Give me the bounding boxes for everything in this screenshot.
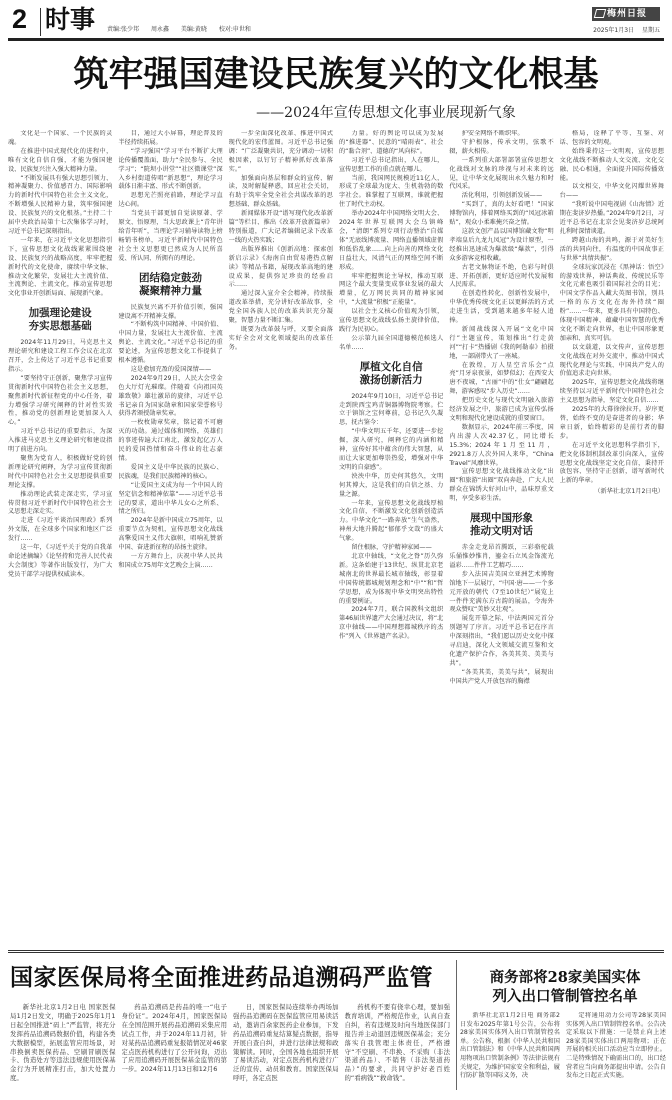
section-rule <box>8 950 664 951</box>
paragraph: 步入法国吉美国立亚洲艺术博物馆地下一层展厅，“中国·唐——一个多元开放的朝代（7… <box>449 571 553 616</box>
paragraph: 定将通用动力公司等28家美国实体列入出口管制管控名单。公告决定采取以下措施：一是… <box>566 1012 666 1081</box>
date: 2025年1月3日 <box>593 27 634 34</box>
credit-art-editor: 美编:黄晓 <box>181 26 207 33</box>
paragraph: 习近平总书记指出，人在哪儿，宣传思想工作的重点就在哪儿。 <box>339 157 443 175</box>
paragraph: 守护根脉，传承文明，弦歌不辍，薪火相传。 <box>449 139 553 157</box>
article-column: 日，国家医保局连续举办两场加强药品追溯码在医保监管应用易读活动，邀请百余家医药企… <box>233 1003 339 1095</box>
paragraph: “不断构筑中国精神、中国价值、中国力量，发展壮大主流价值、主流舆论、主流文化。”… <box>118 321 222 366</box>
paragraph: 在推进中国式现代化的进程中，唯有文化自信自强，才能为强国建设、民族复兴注入强大精… <box>8 148 112 175</box>
masthead-divider <box>40 8 41 36</box>
story3-headline: 商务部将28家美国实体列入出口管制管控名单 <box>460 968 670 1006</box>
paragraph: 把历史文化与现代文明融入旅游经济发展之中，旅游已成为宣传弘扬文明和现代化建设成就… <box>449 397 553 424</box>
logo-mark-icon <box>594 9 606 18</box>
section-subheading: 团结稳定鼓劲凝聚精神力量 <box>118 272 222 298</box>
article-column: 药机构不要有侥幸心理，要加强教育培训，严格规范作业，认真自查自纠，若有违规及时向… <box>345 1003 451 1095</box>
paragraph: 2025年，宣传思想文化战线将继续坚持以习近平新时代中国特色社会主义思想为指导，… <box>560 379 664 406</box>
paragraph: 在习近平文化思想科学指引下，把文化体制机制改革引向深入，宣传思想文化战线坚定文化… <box>560 442 664 487</box>
article-column: 文化是一个国家、一个民族的灵魂。在推进中国式现代化的进程中，唯有文化自信自强，才… <box>8 130 112 945</box>
paragraph: 日，国家医保局连续举办两场加强药品追溯码在医保监管应用易读活动，邀请百余家医药企… <box>233 1003 339 1083</box>
paragraph: 数据显示，2024年前三季度，国内出游人次42.37亿，同比增长15.3%；20… <box>449 424 553 469</box>
paragraph: “买到了，真的太好看吧！”国家博物馆内，排着网络买到的“凤冠冰箱贴”，观众小柔难… <box>449 201 553 228</box>
header-rule <box>8 38 664 41</box>
page-number: 2 <box>12 6 27 33</box>
paragraph: 文化是一个国家、一个民族的灵魂。 <box>8 130 112 148</box>
paragraph: 留住根脉，守护精神家园—— <box>339 544 443 553</box>
main-subheadline: ——2024年宣传思想文化事业展现新气象 <box>0 104 672 122</box>
paragraph: 一年来，在习近平文化思想指引下，宣传思想文化战线紧紧围绕建设、民族复兴的战略高度… <box>8 237 112 299</box>
paragraph: 2025年的大幕徐徐拉开。岁序更替，始终不变的是奋进者的身影；华章日新，始终精彩… <box>560 406 664 442</box>
paragraph: 药品追溯码是药品的唯一“电子身份证”。2024年4月，国家医保局在全国范围开展药… <box>122 1003 228 1074</box>
paragraph: 始终秉持这一文明观，宣传思想文化战线不断推动人文交流、文化交融、民心相通，全面提… <box>560 148 664 184</box>
paragraph: 新闻战线深入开展“文化中国行”主题宣传，策划推出“行走黄河”“打卡”热播剧《我的… <box>449 326 553 362</box>
paragraph: 新闻媒体开设“谱写现代化改革新篇”等栏目、推出《改革开放新篇章》特别报道，广大记… <box>229 210 333 246</box>
story2-body: 新华社北京1月2日电 国家医保局1月2日发文，明确于2025年1月1日起全国推进… <box>10 1003 450 1095</box>
paragraph: 以社会主义核心价值观为引领，宣传思想文化战线弘扬主旋律价值，践行为民初心。 <box>339 308 443 335</box>
paragraph: 2024年11月29日，马克思主义理论研究和建设工程工作会议在北京召开，会上传达… <box>8 339 112 375</box>
paragraph: 出版界推出《创新高地：探索创新启示录》《海南自由贸易港热点解读》等精品书籍，展现… <box>229 246 333 291</box>
paragraph: 以文载道，以文传声，宣传思想文化战线在对外交流中，推动中国式现代化理论与实践、中… <box>560 344 664 380</box>
paragraph: 泱泱中华，历史何其悠久，文明何其博大，这是我们的自信之基、力量之源。 <box>339 473 443 500</box>
article-column: 新华社北京1月2日电 国家医保局1月2日发文，明确于2025年1月1日起全国推进… <box>10 1003 116 1095</box>
article-column: 新华社北京1月2日电 商务部2日发布2025年第1号公告，公布将28家美国实体列… <box>460 1012 560 1097</box>
newspaper-logo: 梅州日报 <box>592 7 660 21</box>
paragraph: 这是愈加充盈的爱国深情—— <box>118 366 222 375</box>
section-subheading: 展现中国形象推动文明对话 <box>449 512 553 538</box>
section-subheading: 厚植文化自信激扬创新活力 <box>339 361 443 387</box>
paragraph: “中华文明五千年，还要进一步挖掘，深入研究，阐释它的内涵和精神，宣传好其中蕴含的… <box>339 428 443 473</box>
main-headline: 筑牢强国建设民族复兴的文化根基 <box>0 55 672 95</box>
paragraph: 力量。好的舆论可以成为发展的“推进器”、民意的“晴雨表”、社会的“黏合剂”、道德… <box>339 130 443 157</box>
credit-proofreader: 校对:申世和 <box>219 26 251 33</box>
paragraph: 民族复兴离不开价值引领，强国建设离不开精神支撑。 <box>118 304 222 322</box>
issue-date: 2025年1月3日 星期五 <box>587 25 660 34</box>
paragraph: 一枚枚勋章奖章，铭记着不可磨灭的功勋。通过媒体和网络，英雄们的事迹传遍大江南北，… <box>118 419 222 464</box>
section-rule-secondary <box>8 952 664 953</box>
paragraph: 展览开幕之际，中法两国元首分别题写了序言。习近平总书记在序言中深刻指出，“我们愿… <box>449 615 553 668</box>
credit-editor: 周永鑫 <box>151 26 169 33</box>
paragraph: 牢牢把握舆论主导权，推动互联网这个最大变量变成事业发展的最大增量，亿万网民共同的… <box>339 273 443 309</box>
paragraph: 2024年是新中国成立75周年，以重要节点为契机，宣传思想文化战线高擎爱国主义伟… <box>118 517 222 553</box>
paragraph: “各美其美，美美与共”，展现出中国共产党人开放包容的胸襟 <box>449 669 553 687</box>
paragraph: “我听说中国电视剧《山海情》近期在斐济岁热播。”2024年9月2日，习近平总书记… <box>560 201 664 237</box>
paragraph: “不断发展具有强大思想引领力、精神凝聚力、价值感召力、国际影响力的新时代中国特色… <box>8 175 112 237</box>
paragraph: 在敦煌，万人星空音乐会“点亮”月牙泉夜景，如梦似幻；在西安大唐不夜城，“古丽”中… <box>449 362 553 398</box>
article-column: 定将通用动力公司等28家美国实体列入出口管制管控名单。公告决定采取以下措施：一是… <box>566 1012 666 1097</box>
paragraph: 2024年9月10日，习近平总书记走到陕西宝鸡青铜器博物院考察。伫立于镇馆之宝何… <box>339 393 443 429</box>
article-column: 力量。好的舆论可以成为发展的“推进器”、民意的“晴雨表”、社会的“黏合剂”、道德… <box>339 130 443 945</box>
paragraph: 通过深入宣介全会精神，持续报道改革举措，充分讲好改革故事，全党全国各族人民的改革… <box>229 290 333 326</box>
paragraph: 目，通过大小屏幕，理论普及的半径持续拓展。 <box>118 130 222 148</box>
article-column: 药品追溯码是药品的唯一“电子身份证”。2024年4月，国家医保局在全国范围开展药… <box>122 1003 228 1095</box>
credit-chief-editor: 责编:张少邦 <box>107 26 139 33</box>
paragraph: 2024年9月29日，人民大会堂金色大厅灯光璀璨。伴随着《向祖国英雄致敬》雄壮激… <box>118 375 222 420</box>
paragraph: 一步全面深化改革、推进中国式现代化的宏伟蓝图。习近平总书记强调：“广泛凝聚共识，… <box>229 130 333 175</box>
paragraph: 一系列重大部署部署宣传思想文化战线对文脉的珍视与对未来的远见，让中华文化展现出永… <box>449 157 553 193</box>
article-column: 一步全面深化改革、推进中国式现代化的宏伟蓝图。习近平总书记强调：“广泛凝聚共识，… <box>229 130 333 945</box>
paragraph: 全球玩家沉浸在《黑神话：悟空》的游戏世界，神话典故、传统民乐等文化元素也吸引着国… <box>560 264 664 344</box>
paragraph: 加强面向基层和群众的宣传、解读，及时解疑释惑，回应社会关切，有助于筑牢全党全社会… <box>229 175 333 211</box>
story3-body: 新华社北京1月2日电 商务部2日发布2025年第1号公告，公布将28家美国实体列… <box>460 1012 666 1097</box>
paragraph: 思想光芒照亮前路，理论学习直达心间。 <box>118 192 222 210</box>
paragraph: 一方方舞台上，庆祝中华人民共和国成立75周年文艺晚会上演…… <box>118 553 222 571</box>
section-name: 时事 <box>45 6 95 34</box>
paragraph: 聚焦为党育人，积极做好党的创新理论研究阐释，为学习宣传贯彻新时代中国特色社会主义… <box>8 455 112 491</box>
paragraph: 古老文脉物证不绝，色彩与时俱进、开拓创新，更好适应时代发展和人民需求。 <box>449 264 553 291</box>
paragraph: 当前，我国网民规模近11亿人，形成了全球最为庞大、生机勃勃的数字社会。谁掌握了互… <box>339 175 443 211</box>
paragraph: 推动理论武装走深走实，学习宣传贯彻习近平新时代中国特色社会主义思想走深走实。 <box>8 491 112 518</box>
main-story-body: 文化是一个国家、一个民族的灵魂。在推进中国式现代化的进程中，唯有文化自信自强，才… <box>8 130 664 945</box>
masthead: 2 时事 责编:张少邦 周永鑫 美编:黄晓 校对:申世和 梅州日报 2025年1… <box>0 0 672 36</box>
paragraph: 爱国主义是中华民族的民族心、民族魂，是我们民族精神的核心。 <box>118 464 222 482</box>
paragraph: 走进《习近平谈治国理政》系列外文版，在全球多个国家和地区广泛发行…… <box>8 517 112 544</box>
paragraph: 新华社北京1月2日电 商务部2日发布2025年第1号公告，公布将28家美国实体列… <box>460 1012 560 1081</box>
section-subheading: 加强理论建设夯实思想基础 <box>8 307 112 333</box>
paragraph: 2024年7月，联合国教科文组织第46届世界遗产大会通过决议，将“北京中轴线——… <box>339 606 443 642</box>
paragraph: 药机构不要有侥幸心理，要加强教育培训，严格规范作业，认真自查自纠，若有违规及时向… <box>345 1003 451 1083</box>
newspaper-name: 梅州日报 <box>607 9 647 19</box>
column-divider <box>456 960 457 1090</box>
weekday: 星期五 <box>642 27 660 34</box>
paragraph: 这一年，《习近平关于党的自我革命论述摘编》《论坚持和完善人民代表大会制度》等著作… <box>8 544 112 580</box>
paragraph: “要坚持守正创新，聚焦学习宣传贯彻新时代中国特色社会主义思想，聚焦新时代新征程党… <box>8 375 112 428</box>
article-column: 护安全网络不断织牢。守护根脉，传承文明，弦歌不辍，薪火相传。一系列重大部署部署宣… <box>449 130 553 945</box>
paragraph: “学习强国”学习平台不断扩大理论传播覆盖面，助力“全民参与、全民学习”；“院坝小… <box>118 148 222 193</box>
paragraph: 公示第九届全国道德模范候选人名单…… <box>339 335 443 353</box>
paragraph: 在创造性转化、创新性发展中，中华优秀传统文化正以更鲜活的方式走进生活，受到越来越… <box>449 290 553 326</box>
article-column: 格局，诠释了平等、互鉴、对话、包容的文明观。始终秉持这一文明观，宣传思想文化战线… <box>560 130 664 945</box>
paragraph: 宣传思想文化战线推动文化“出圈”和旅游“出圈”双向奔赴，广大人民群众在锦绣大好河… <box>449 468 553 504</box>
article-column: 目，通过大小屏幕，理论普及的半径持续拓展。“学习强国”学习平台不断扩大理论传播覆… <box>118 130 222 945</box>
paragraph: 北京中轴线，“文化之脊”历久弥新。这条始建于13世纪、纵贯北京老城南北的世界最长… <box>339 553 443 606</box>
paragraph: 格局，诠释了平等、互鉴、对话、包容的文明观。 <box>560 130 664 148</box>
dateline: （新华社北京1月2日电） <box>560 488 664 497</box>
paragraph: 这款文创产品以国博馆藏文物“明孝端皇后九龙九凤冠”为设计原型，一经推出迅速成为爆… <box>449 228 553 264</box>
paragraph: 一年来，宣传思想文化战线厚植文化自信，不断激发文化创新创造活力。中华文化“一路奔… <box>339 500 443 545</box>
editor-credits: 责编:张少邦 周永鑫 美编:黄晓 校对:申世和 <box>107 24 261 33</box>
story2-headline: 国家医保局将全面推进药品追溯码严监管 <box>10 963 455 993</box>
paragraph: “让爱国主义成为每一个中国人的坚定信念和精神依靠”——习近平总书记的要求，道出中… <box>118 482 222 518</box>
paragraph: 跨越山海的共鸣，源于对美好生活的共同向往，有温度的中国故事正与世界“共情共振”。 <box>560 237 664 264</box>
paragraph: 护安全网络不断织牢。 <box>449 130 553 139</box>
paragraph: 习近平总书记的重要指示，为深入推进马克思主义理论研究和建设指明了前进方向。 <box>8 428 112 455</box>
paragraph: 赤金走龙昂首腾跃，三彩骆驼载乐俑惟妙惟肖，鎏金石立凤金饰流光溢彩……件件工艺精巧… <box>449 544 553 571</box>
paragraph: 以文相交，中华文化闪耀世界舞台—— <box>560 183 664 201</box>
paragraph: 新华社北京1月2日电 国家医保局1月2日发文，明确于2025年1月1日起全国推进… <box>10 1003 116 1083</box>
paragraph: 活化利用，引领创新发展—— <box>449 192 553 201</box>
paragraph: 既要为改革鼓与呼，又要全面落实好全会对文化领域提出的改革任务。 <box>229 326 333 353</box>
paragraph: 举办2024年中国网络文明大会、2024年世界互联网大会乌镇峰会，“清朗”系列专… <box>339 210 443 272</box>
paragraph: 当党员干部更加自觉读原著、学原文、悟原理，当大思政课上“青年讲给青年听”，当理论… <box>118 210 222 263</box>
